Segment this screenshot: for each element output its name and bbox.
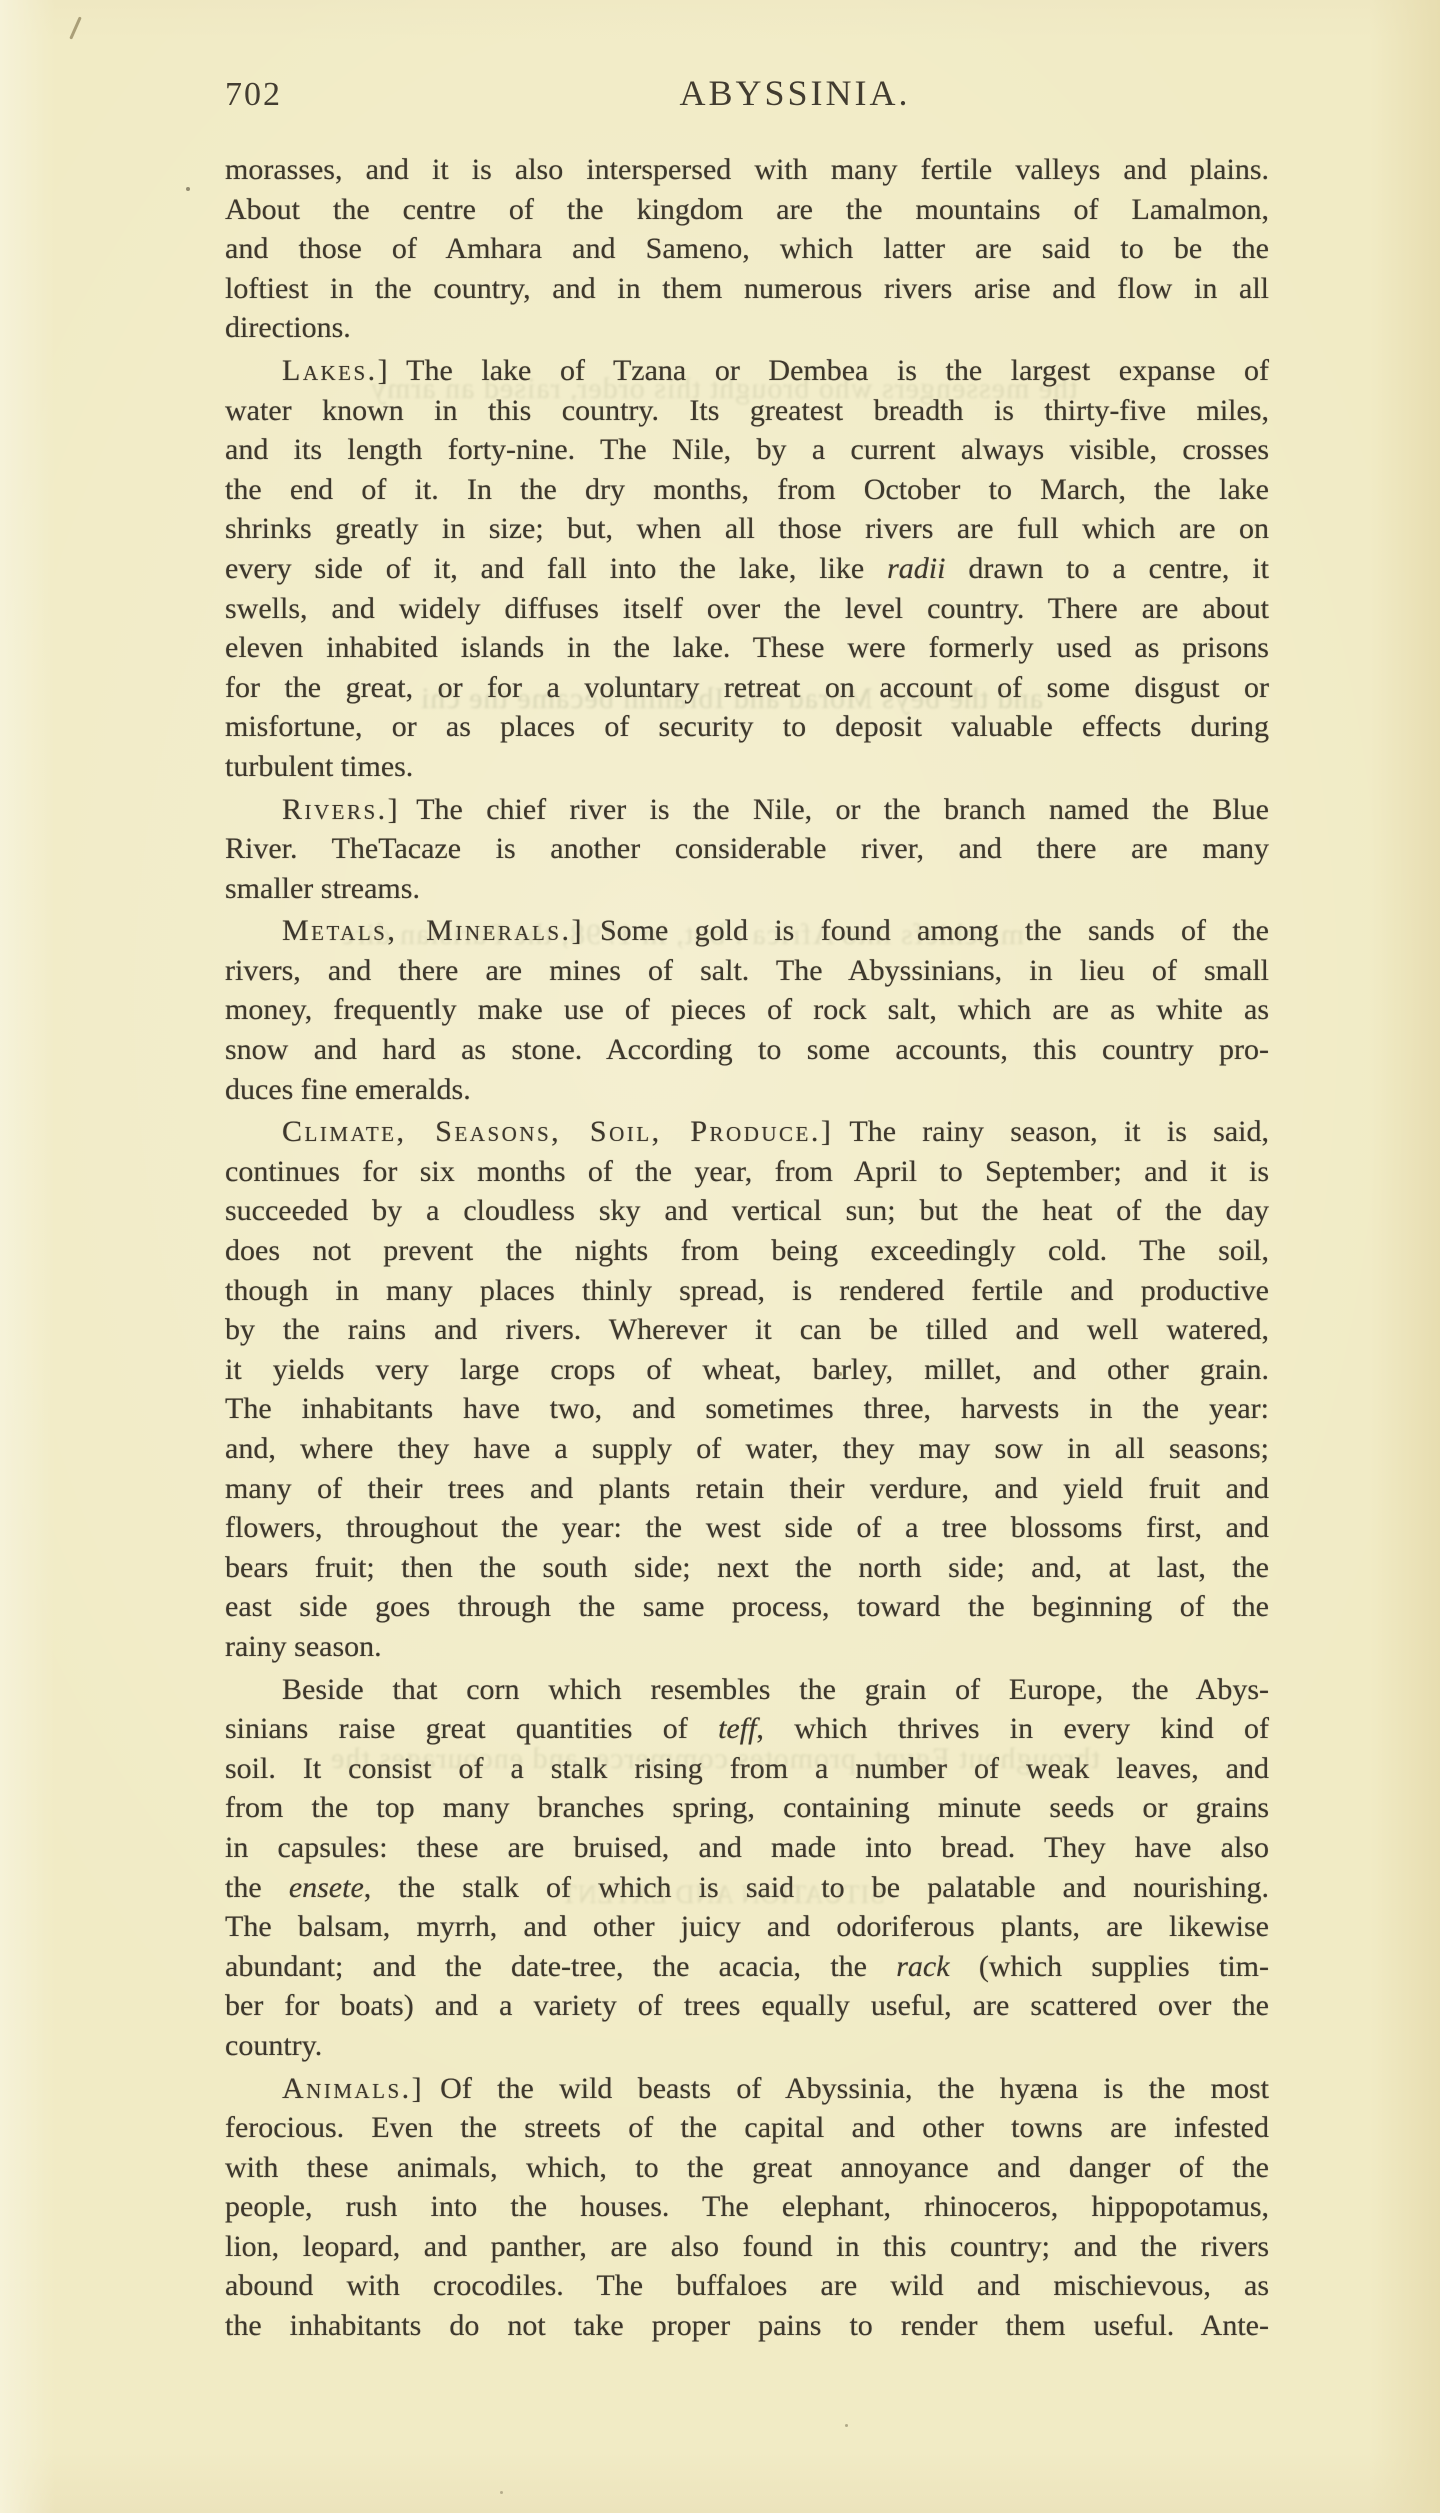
- ink-speck: [500, 2491, 503, 2494]
- text-line: the inhabitants do not take proper pains…: [225, 2306, 1269, 2346]
- section-heading: Rivers.]: [282, 793, 400, 826]
- text-line: duces fine emeralds.: [225, 1070, 1269, 1110]
- text-line: flowers, throughout the year: the west s…: [225, 1508, 1269, 1548]
- text-line: ferocious. Even the streets of the capit…: [225, 2108, 1269, 2148]
- text-line: The balsam, myrrh, and other juicy and o…: [225, 1907, 1269, 1947]
- text-line: the ensete, the stalk of which is said t…: [225, 1868, 1269, 1908]
- text-line: in capsules: these are bruised, and made…: [225, 1828, 1269, 1868]
- text-line: for the great, or for a voluntary retrea…: [225, 668, 1269, 708]
- paragraph: Climate, Seasons, Soil, Produce.]The rai…: [225, 1112, 1269, 1666]
- text-line: rivers, and there are mines of salt. The…: [225, 951, 1269, 991]
- paragraph: Metals, Minerals.]Some gold is found amo…: [225, 911, 1269, 1109]
- paragraph: Animals.]Of the wild beasts of Abyssinia…: [225, 2069, 1269, 2346]
- ink-speck: [561, 567, 564, 570]
- text-line: continues for six months of the year, fr…: [225, 1152, 1269, 1192]
- text-column: morasses, and it is also interspersed wi…: [225, 150, 1269, 2346]
- pen-mark: [69, 16, 82, 39]
- text-line: loftiest in the country, and in them num…: [225, 269, 1269, 309]
- book-page: the messengers who brought this order, r…: [0, 0, 1440, 2513]
- text-line: sinians raise great quantities of teff, …: [225, 1709, 1269, 1749]
- text-line: shrinks greatly in size; but, when all t…: [225, 509, 1269, 549]
- text-line: the end of it. In the dry months, from O…: [225, 470, 1269, 510]
- text-line: bears fruit; then the south side; next t…: [225, 1548, 1269, 1588]
- text-line: Beside that corn which resembles the gra…: [225, 1670, 1269, 1710]
- running-head-title: ABYSSINIA.: [679, 72, 910, 114]
- text-line: country.: [225, 2026, 1269, 2066]
- text-line: abundant; and the date-tree, the acacia,…: [225, 1947, 1269, 1987]
- text-line: ber for boats) and a variety of trees eq…: [225, 1986, 1269, 2026]
- section-heading: Lakes.]: [282, 354, 390, 387]
- section-heading: Animals.]: [282, 2072, 424, 2105]
- page-number: 702: [225, 76, 282, 114]
- text-line: with these animals, which, to the great …: [225, 2148, 1269, 2188]
- section-heading: Climate, Seasons, Soil, Produce.]: [282, 1115, 833, 1148]
- paragraph: Rivers.]The chief river is the Nile, or …: [225, 790, 1269, 909]
- text-line: turbulent times.: [225, 747, 1269, 787]
- paragraph: Lakes.]The lake of Tzana or Dembea is th…: [225, 351, 1269, 787]
- text-line: directions.: [225, 308, 1269, 348]
- text-line: rainy season.: [225, 1627, 1269, 1667]
- text-line: About the centre of the kingdom are the …: [225, 190, 1269, 230]
- paragraph: morasses, and it is also interspersed wi…: [225, 150, 1269, 348]
- text-line: people, rush into the houses. The elepha…: [225, 2187, 1269, 2227]
- text-line: abound with crocodiles. The buffaloes ar…: [225, 2266, 1269, 2306]
- text-line: swells, and widely diffuses itself over …: [225, 589, 1269, 629]
- text-line: east side goes through the same process,…: [225, 1587, 1269, 1627]
- text-line: lion, leopard, and panther, are also fou…: [225, 2227, 1269, 2267]
- text-line: and, where they have a supply of water, …: [225, 1429, 1269, 1469]
- text-line: from the top many branches spring, conta…: [225, 1788, 1269, 1828]
- text-line: many of their trees and plants retain th…: [225, 1469, 1269, 1509]
- italic-term: teff: [718, 1712, 756, 1745]
- paragraph: Beside that corn which resembles the gra…: [225, 1670, 1269, 2066]
- text-line: every side of it, and fall into the lake…: [225, 549, 1269, 589]
- text-line: and those of Amhara and Sameno, which la…: [225, 229, 1269, 269]
- text-line: money, frequently make use of pieces of …: [225, 990, 1269, 1030]
- text-line: by the rains and rivers. Wherever it can…: [225, 1310, 1269, 1350]
- text-line: does not prevent the nights from being e…: [225, 1231, 1269, 1271]
- text-line: smaller streams.: [225, 869, 1269, 909]
- text-line: snow and hard as stone. According to som…: [225, 1030, 1269, 1070]
- text-line: misfortune, or as places of security to …: [225, 707, 1269, 747]
- text-line: Climate, Seasons, Soil, Produce.]The rai…: [225, 1112, 1269, 1152]
- text-line: Rivers.]The chief river is the Nile, or …: [225, 790, 1269, 830]
- ink-speck: [845, 2424, 848, 2427]
- text-line: and its length forty-nine. The Nile, by …: [225, 430, 1269, 470]
- ink-speck: [186, 187, 190, 191]
- text-line: though in many places thinly spread, is …: [225, 1271, 1269, 1311]
- text-line: The inhabitants have two, and sometimes …: [225, 1389, 1269, 1429]
- text-line: Animals.]Of the wild beasts of Abyssinia…: [225, 2069, 1269, 2109]
- text-line: it yields very large crops of wheat, bar…: [225, 1350, 1269, 1390]
- italic-term: radii: [887, 552, 945, 585]
- text-line: River. TheTacaze is another considerable…: [225, 829, 1269, 869]
- section-heading: Metals, Minerals.]: [282, 914, 584, 947]
- italic-term: rack: [896, 1950, 949, 1983]
- text-line: succeeded by a cloudless sky and vertica…: [225, 1191, 1269, 1231]
- text-line: morasses, and it is also interspersed wi…: [225, 150, 1269, 190]
- text-line: Metals, Minerals.]Some gold is found amo…: [225, 911, 1269, 951]
- text-line: soil. It consist of a stalk rising from …: [225, 1749, 1269, 1789]
- text-line: water known in this country. Its greates…: [225, 391, 1269, 431]
- text-line: eleven inhabited islands in the lake. Th…: [225, 628, 1269, 668]
- italic-term: ensete: [289, 1871, 364, 1904]
- text-line: Lakes.]The lake of Tzana or Dembea is th…: [225, 351, 1269, 391]
- ink-speck: [839, 1372, 842, 1376]
